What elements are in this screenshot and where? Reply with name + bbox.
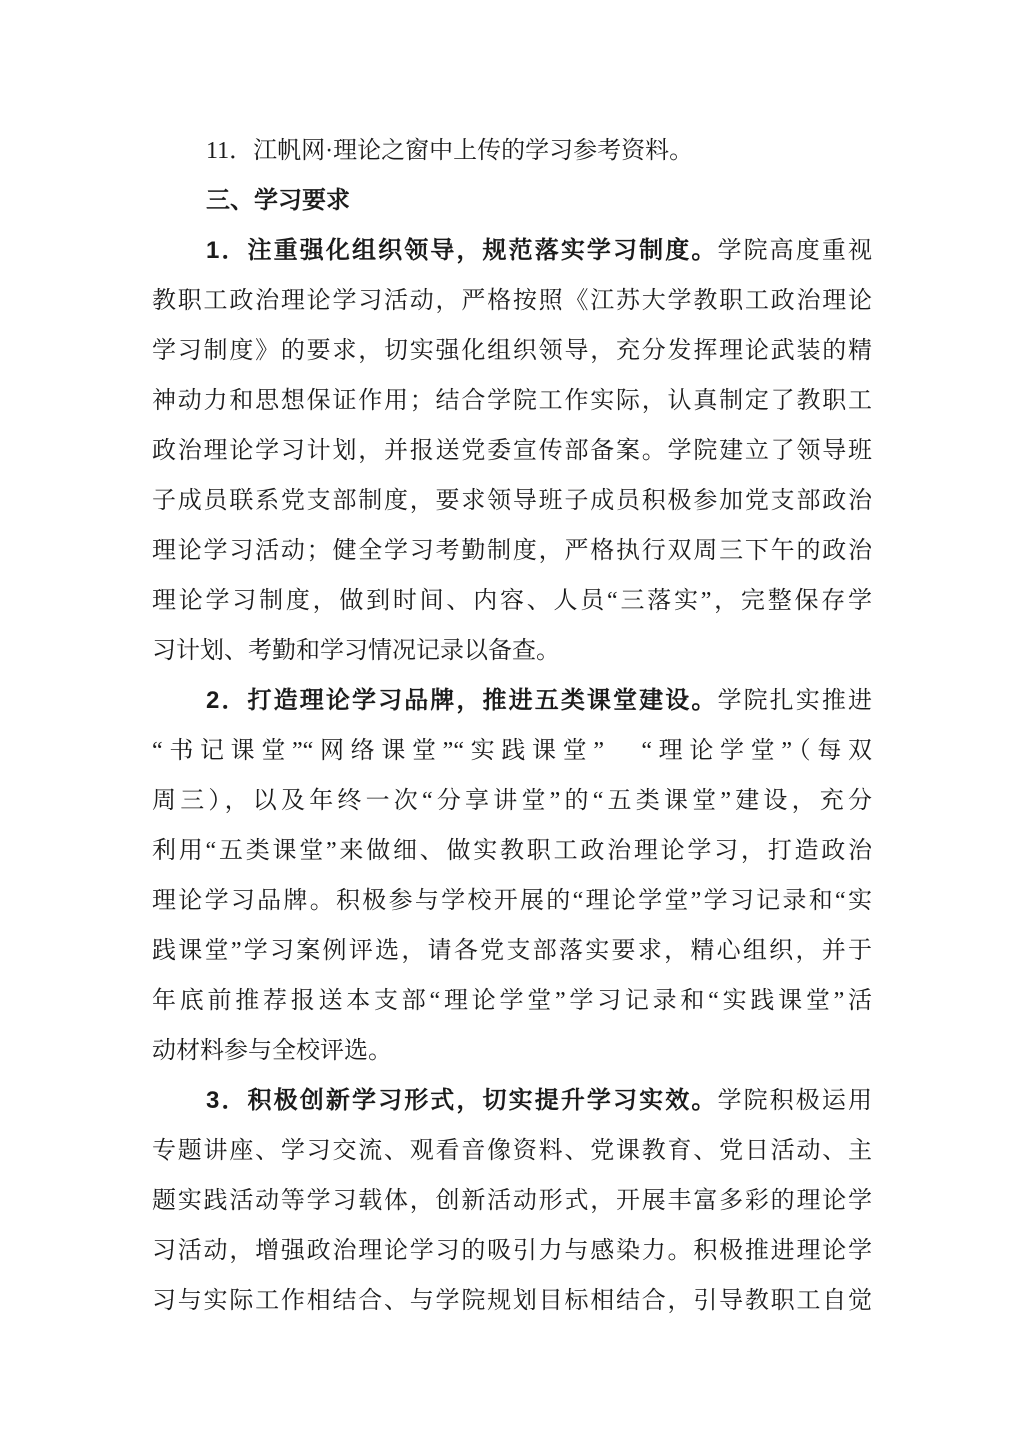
text-segment: 理论学习品牌。积极参与学校开展的“理论学堂”学习记录和“实	[152, 888, 872, 914]
text-line: 3．积极创新学习形式，切实提升学习实效。学院积极运用	[152, 1076, 872, 1126]
text-line: 周三），以及年终一次“分享讲堂”的“五类课堂”建设，充分	[152, 776, 872, 826]
text-segment: 理论学习活动；健全学习考勤制度，严格执行双周三下午的政治	[152, 538, 872, 564]
text-segment: 动材料参与全校评选。	[152, 1038, 392, 1064]
text-segment: 习活动，增强政治理论学习的吸引力与感染力。积极推进理论学	[152, 1238, 872, 1264]
text-line: “书记课堂”“网络课堂”“实践课堂” “理论学堂”（每双	[152, 726, 872, 776]
text-line: 习计划、考勤和学习情况记录以备查。	[152, 626, 872, 676]
text-segment: 教职工政治理论学习活动，严格按照《江苏大学教职工政治理论	[152, 288, 872, 314]
text-line: 题实践活动等学习载体，创新活动形式，开展丰富多彩的理论学	[152, 1176, 872, 1226]
text-segment: 利用“五类课堂”来做细、做实教职工政治理论学习，打造政治	[152, 838, 872, 864]
text-line: 践课堂”学习案例评选，请各党支部落实要求，精心组织，并于	[152, 926, 872, 976]
text-line: 理论学习制度，做到时间、内容、人员“三落实”，完整保存学	[152, 576, 872, 626]
text-segment: 政治理论学习计划，并报送党委宣传部备案。学院建立了领导班	[152, 438, 872, 464]
text-line: 11．江帆网·理论之窗中上传的学习参考资料。	[152, 126, 872, 176]
bold-text-segment: 三、学习要求	[206, 187, 350, 214]
text-line: 学习制度》的要求，切实强化组织领导，充分发挥理论武装的精	[152, 326, 872, 376]
document-body: 11．江帆网·理论之窗中上传的学习参考资料。三、学习要求1．注重强化组织领导，规…	[0, 0, 1024, 1326]
bold-text-segment: 1．注重强化组织领导，规范落实学习制度。	[206, 237, 717, 264]
text-segment: 题实践活动等学习载体，创新活动形式，开展丰富多彩的理论学	[152, 1188, 872, 1214]
text-line: 2．打造理论学习品牌，推进五类课堂建设。学院扎实推进	[152, 676, 872, 726]
text-line: 理论学习品牌。积极参与学校开展的“理论学堂”学习记录和“实	[152, 876, 872, 926]
text-segment: 学院高度重视	[717, 238, 872, 264]
text-segment: 学习制度》的要求，切实强化组织领导，充分发挥理论武装的精	[152, 338, 872, 364]
document-page: 11．江帆网·理论之窗中上传的学习参考资料。三、学习要求1．注重强化组织领导，规…	[0, 0, 1024, 1448]
text-segment: “书记课堂”“网络课堂”“实践课堂” “理论学堂”（每双	[152, 738, 872, 764]
text-segment: 学院扎实推进	[717, 688, 872, 714]
text-line: 1．注重强化组织领导，规范落实学习制度。学院高度重视	[152, 226, 872, 276]
text-segment: 践课堂”学习案例评选，请各党支部落实要求，精心组织，并于	[152, 938, 872, 964]
text-line: 子成员联系党支部制度，要求领导班子成员积极参加党支部政治	[152, 476, 872, 526]
text-segment: 理论学习制度，做到时间、内容、人员“三落实”，完整保存学	[152, 588, 872, 614]
text-segment: 11．江帆网·理论之窗中上传的学习参考资料。	[206, 138, 693, 164]
text-segment: 周三），以及年终一次“分享讲堂”的“五类课堂”建设，充分	[152, 788, 872, 814]
bold-text-segment: 3．积极创新学习形式，切实提升学习实效。	[206, 1087, 717, 1114]
text-segment: 子成员联系党支部制度，要求领导班子成员积极参加党支部政治	[152, 488, 872, 514]
text-line: 动材料参与全校评选。	[152, 1026, 872, 1076]
text-line: 神动力和思想保证作用；结合学院工作实际，认真制定了教职工	[152, 376, 872, 426]
text-line: 利用“五类课堂”来做细、做实教职工政治理论学习，打造政治	[152, 826, 872, 876]
text-segment: 学院积极运用	[717, 1088, 872, 1114]
text-segment: 年底前推荐报送本支部“理论学堂”学习记录和“实践课堂”活	[152, 988, 872, 1014]
text-line: 年底前推荐报送本支部“理论学堂”学习记录和“实践课堂”活	[152, 976, 872, 1026]
text-line: 习活动，增强政治理论学习的吸引力与感染力。积极推进理论学	[152, 1226, 872, 1276]
bold-text-segment: 2．打造理论学习品牌，推进五类课堂建设。	[206, 687, 717, 714]
text-line: 理论学习活动；健全学习考勤制度，严格执行双周三下午的政治	[152, 526, 872, 576]
text-line: 政治理论学习计划，并报送党委宣传部备案。学院建立了领导班	[152, 426, 872, 476]
text-line: 教职工政治理论学习活动，严格按照《江苏大学教职工政治理论	[152, 276, 872, 326]
text-segment: 习与实际工作相结合、与学院规划目标相结合，引导教职工自觉	[152, 1288, 872, 1314]
text-segment: 神动力和思想保证作用；结合学院工作实际，认真制定了教职工	[152, 388, 872, 414]
text-line: 习与实际工作相结合、与学院规划目标相结合，引导教职工自觉	[152, 1276, 872, 1326]
text-line: 专题讲座、学习交流、观看音像资料、党课教育、党日活动、主	[152, 1126, 872, 1176]
text-segment: 习计划、考勤和学习情况记录以备查。	[152, 638, 560, 664]
text-line: 三、学习要求	[152, 176, 872, 226]
text-segment: 专题讲座、学习交流、观看音像资料、党课教育、党日活动、主	[152, 1138, 872, 1164]
